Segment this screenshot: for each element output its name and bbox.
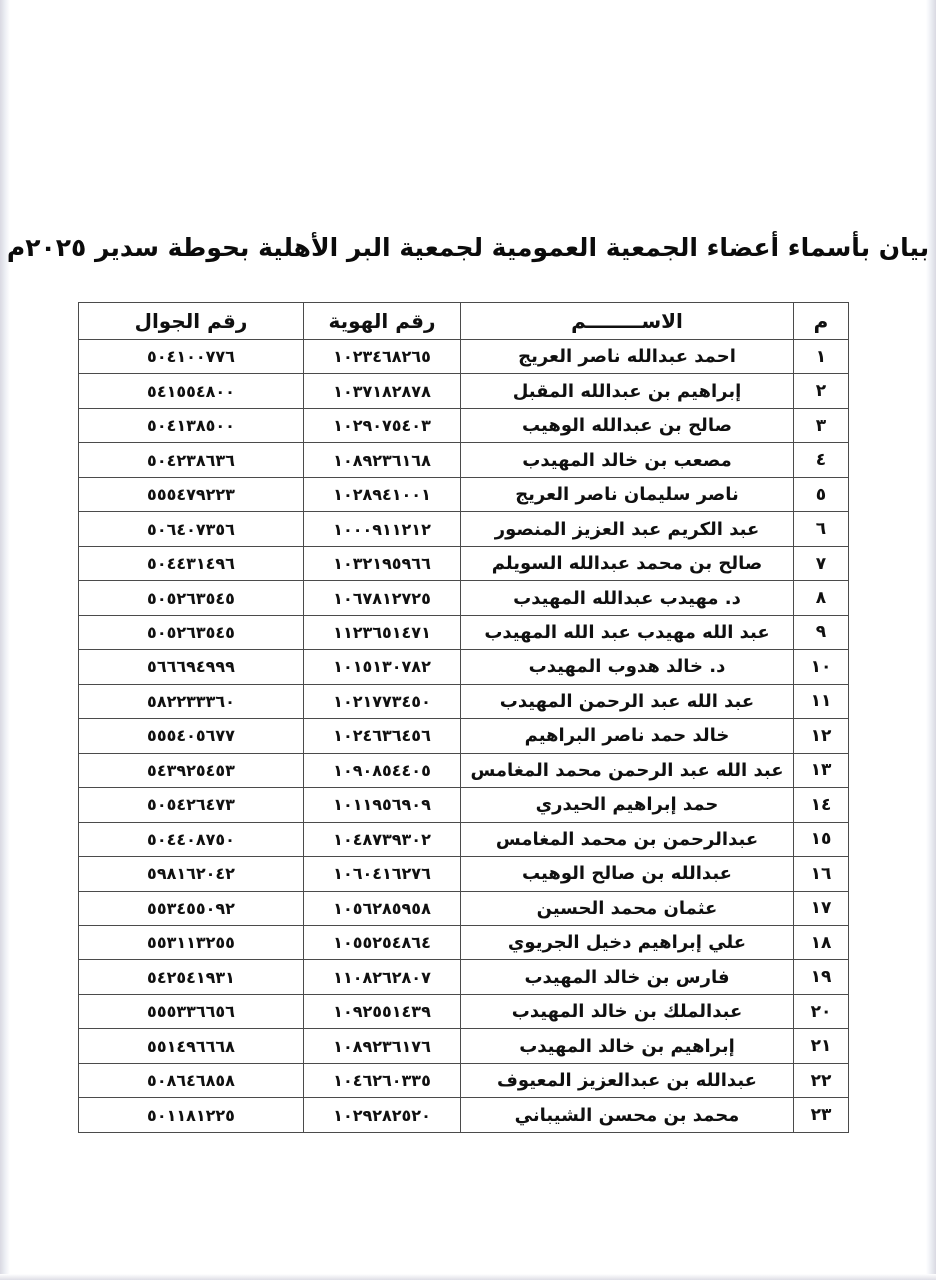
mobile-number-cell: ٥٥٥٤٧٩٢٢٣ xyxy=(79,477,304,511)
mobile-number-cell: ٥٠٤٤٣١٤٩٦ xyxy=(79,546,304,580)
table-row: ٤ مصعب بن خالد المهيدب ١٠٨٩٢٣٦١٦٨ ٥٠٤٢٣٨… xyxy=(79,443,849,477)
row-number-cell: ١٣ xyxy=(794,753,849,787)
mobile-number-cell: ٥٩٨١٦٢٠٤٢ xyxy=(79,857,304,891)
members-table: م الاســــــــم رقم الهوية رقم الجوال ١ … xyxy=(78,302,849,1133)
table-row: ١٢ خالد حمد ناصر البراهيم ١٠٢٤٦٣٦٤٥٦ ٥٥٥… xyxy=(79,719,849,753)
member-name-cell: إبراهيم بن عبدالله المقبل xyxy=(461,374,794,408)
id-number-cell: ١٠٢٨٩٤١٠٠١ xyxy=(304,477,461,511)
page-edge-left xyxy=(0,0,10,1280)
mobile-number-cell: ٥٠١١٨١٢٢٥ xyxy=(79,1098,304,1133)
id-number-cell: ١٠٩٠٨٥٤٤٠٥ xyxy=(304,753,461,787)
member-name-cell: حمد إبراهيم الحيدري xyxy=(461,788,794,822)
id-number-cell: ١٠٤٦٢٦٠٣٣٥ xyxy=(304,1063,461,1097)
page-edge-bottom xyxy=(0,1274,936,1280)
mobile-number-cell: ٥٨٢٢٣٣٣٦٠ xyxy=(79,684,304,718)
id-number-cell: ١٠٣٢١٩٥٩٦٦ xyxy=(304,546,461,580)
mobile-number-cell: ٥٠٤١٣٨٥٠٠ xyxy=(79,408,304,442)
mobile-number-cell: ٥٥٥٤٠٥٦٧٧ xyxy=(79,719,304,753)
id-number-cell: ١٠٢١٧٧٣٤٥٠ xyxy=(304,684,461,718)
table-row: ١٤ حمد إبراهيم الحيدري ١٠١١٩٥٦٩٠٩ ٥٠٥٤٢٦… xyxy=(79,788,849,822)
row-number-cell: ١٦ xyxy=(794,857,849,891)
member-name-cell: صالح بن محمد عبدالله السويلم xyxy=(461,546,794,580)
row-number-cell: ١٥ xyxy=(794,822,849,856)
member-name-cell: عبدالله بن صالح الوهيب xyxy=(461,857,794,891)
member-name-cell: عبد الله عبد الرحمن محمد المغامس xyxy=(461,753,794,787)
mobile-number-cell: ٥٠٥٢٦٣٥٤٥ xyxy=(79,615,304,649)
id-number-cell: ١٠٢٤٦٣٦٤٥٦ xyxy=(304,719,461,753)
id-number-cell: ١٠٦٠٤١٦٢٧٦ xyxy=(304,857,461,891)
mobile-number-cell: ٥٠٨٦٤٦٨٥٨ xyxy=(79,1063,304,1097)
member-name-cell: احمد عبدالله ناصر العريج xyxy=(461,340,794,374)
mobile-number-cell: ٥٠٦٤٠٧٣٥٦ xyxy=(79,512,304,546)
member-name-cell: د. مهيدب عبدالله المهيدب xyxy=(461,581,794,615)
table-row: ١١ عبد الله عبد الرحمن المهيدب ١٠٢١٧٧٣٤٥… xyxy=(79,684,849,718)
mobile-number-cell: ٥٠٥٤٢٦٤٧٣ xyxy=(79,788,304,822)
mobile-number-cell: ٥٠٤٤٠٨٧٥٠ xyxy=(79,822,304,856)
row-number-cell: ٣ xyxy=(794,408,849,442)
table-row: ٩ عبد الله مهيدب عبد الله المهيدب ١١٢٣٦٥… xyxy=(79,615,849,649)
mobile-number-cell: ٥٥٥٣٣٦٦٥٦ xyxy=(79,994,304,1028)
table-row: ٢١ إبراهيم بن خالد المهيدب ١٠٨٩٢٣٦١٧٦ ٥٥… xyxy=(79,1029,849,1063)
table-row: ٧ صالح بن محمد عبدالله السويلم ١٠٣٢١٩٥٩٦… xyxy=(79,546,849,580)
row-number-cell: ٢ xyxy=(794,374,849,408)
members-table-header: م الاســــــــم رقم الهوية رقم الجوال xyxy=(79,303,849,340)
members-table-body: ١ احمد عبدالله ناصر العريج ١٠٢٣٤٦٨٢٦٥ ٥٠… xyxy=(79,340,849,1133)
mobile-number-cell: ٥٤١٥٥٤٨٠٠ xyxy=(79,374,304,408)
row-number-cell: ١ xyxy=(794,340,849,374)
table-row: ٢٢ عبدالله بن عبدالعزيز المعيوف ١٠٤٦٢٦٠٣… xyxy=(79,1063,849,1097)
row-number-cell: ٥ xyxy=(794,477,849,511)
mobile-number-cell: ٥٠٥٢٦٣٥٤٥ xyxy=(79,581,304,615)
table-row: ١٦ عبدالله بن صالح الوهيب ١٠٦٠٤١٦٢٧٦ ٥٩٨… xyxy=(79,857,849,891)
id-number-cell: ١٠٢٣٤٦٨٢٦٥ xyxy=(304,340,461,374)
table-row: ١٧ عثمان محمد الحسين ١٠٥٦٢٨٥٩٥٨ ٥٥٣٤٥٥٠٩… xyxy=(79,891,849,925)
id-number-cell: ١١٢٣٦٥١٤٧١ xyxy=(304,615,461,649)
row-number-cell: ١٠ xyxy=(794,650,849,684)
header-cell-id-number: رقم الهوية xyxy=(304,303,461,340)
member-name-cell: صالح بن عبدالله الوهيب xyxy=(461,408,794,442)
member-name-cell: مصعب بن خالد المهيدب xyxy=(461,443,794,477)
table-row: ١ احمد عبدالله ناصر العريج ١٠٢٣٤٦٨٢٦٥ ٥٠… xyxy=(79,340,849,374)
member-name-cell: إبراهيم بن خالد المهيدب xyxy=(461,1029,794,1063)
member-name-cell: علي إبراهيم دخيل الجريوي xyxy=(461,925,794,959)
mobile-number-cell: ٥٠٤٢٣٨٦٣٦ xyxy=(79,443,304,477)
mobile-number-cell: ٥٥٣٤٥٥٠٩٢ xyxy=(79,891,304,925)
member-name-cell: عبد الله مهيدب عبد الله المهيدب xyxy=(461,615,794,649)
mobile-number-cell: ٥٥١٤٩٦٦٦٨ xyxy=(79,1029,304,1063)
member-name-cell: خالد حمد ناصر البراهيم xyxy=(461,719,794,753)
header-cell-name: الاســــــــم xyxy=(461,303,794,340)
id-number-cell: ١٠٦٧٨١٢٧٢٥ xyxy=(304,581,461,615)
row-number-cell: ١٢ xyxy=(794,719,849,753)
table-row: ٦ عبد الكريم عبد العزيز المنصور ١٠٠٠٩١١٢… xyxy=(79,512,849,546)
table-row: ١٩ فارس بن خالد المهيدب ١١٠٨٢٦٢٨٠٧ ٥٤٢٥٤… xyxy=(79,960,849,994)
table-row: ٢ إبراهيم بن عبدالله المقبل ١٠٣٧١٨٢٨٧٨ ٥… xyxy=(79,374,849,408)
row-number-cell: ٧ xyxy=(794,546,849,580)
member-name-cell: عبدالرحمن بن محمد المغامس xyxy=(461,822,794,856)
member-name-cell: عثمان محمد الحسين xyxy=(461,891,794,925)
page-edge-right xyxy=(926,0,936,1280)
mobile-number-cell: ٥٤٣٩٢٥٤٥٣ xyxy=(79,753,304,787)
row-number-cell: ٢٣ xyxy=(794,1098,849,1133)
id-number-cell: ١٠٩٢٥٥١٤٣٩ xyxy=(304,994,461,1028)
header-cell-mobile-number: رقم الجوال xyxy=(79,303,304,340)
member-name-cell: عبدالملك بن خالد المهيدب xyxy=(461,994,794,1028)
table-row: ٢٠ عبدالملك بن خالد المهيدب ١٠٩٢٥٥١٤٣٩ ٥… xyxy=(79,994,849,1028)
member-name-cell: فارس بن خالد المهيدب xyxy=(461,960,794,994)
id-number-cell: ١٠٣٧١٨٢٨٧٨ xyxy=(304,374,461,408)
row-number-cell: ٢٢ xyxy=(794,1063,849,1097)
id-number-cell: ١٠٠٠٩١١٢١٢ xyxy=(304,512,461,546)
id-number-cell: ١٠٢٩٠٧٥٤٠٣ xyxy=(304,408,461,442)
table-row: ٢٣ محمد بن محسن الشيباني ١٠٢٩٢٨٢٥٢٠ ٥٠١١… xyxy=(79,1098,849,1133)
id-number-cell: ١٠٤٨٧٣٩٣٠٢ xyxy=(304,822,461,856)
table-row: ١٣ عبد الله عبد الرحمن محمد المغامس ١٠٩٠… xyxy=(79,753,849,787)
row-number-cell: ١٨ xyxy=(794,925,849,959)
member-name-cell: ناصر سليمان ناصر العريج xyxy=(461,477,794,511)
row-number-cell: ١١ xyxy=(794,684,849,718)
id-number-cell: ١٠٨٩٢٣٦١٧٦ xyxy=(304,1029,461,1063)
table-row: ٨ د. مهيدب عبدالله المهيدب ١٠٦٧٨١٢٧٢٥ ٥٠… xyxy=(79,581,849,615)
table-row: ١٨ علي إبراهيم دخيل الجريوي ١٠٥٥٢٥٤٨٦٤ ٥… xyxy=(79,925,849,959)
table-row: ١٥ عبدالرحمن بن محمد المغامس ١٠٤٨٧٣٩٣٠٢ … xyxy=(79,822,849,856)
id-number-cell: ١٠٥٦٢٨٥٩٥٨ xyxy=(304,891,461,925)
id-number-cell: ١٠٢٩٢٨٢٥٢٠ xyxy=(304,1098,461,1133)
row-number-cell: ١٤ xyxy=(794,788,849,822)
row-number-cell: ٩ xyxy=(794,615,849,649)
row-number-cell: ٨ xyxy=(794,581,849,615)
document-title: بيان بأسماء أعضاء الجمعية العمومية لجمعي… xyxy=(0,233,936,262)
mobile-number-cell: ٥٤٢٥٤١٩٣١ xyxy=(79,960,304,994)
header-cell-number: م xyxy=(794,303,849,340)
header-row: م الاســــــــم رقم الهوية رقم الجوال xyxy=(79,303,849,340)
id-number-cell: ١٠١٥١٣٠٧٨٢ xyxy=(304,650,461,684)
mobile-number-cell: ٥٥٣١١٣٢٥٥ xyxy=(79,925,304,959)
member-name-cell: عبد الله عبد الرحمن المهيدب xyxy=(461,684,794,718)
id-number-cell: ١٠٥٥٢٥٤٨٦٤ xyxy=(304,925,461,959)
row-number-cell: ١٩ xyxy=(794,960,849,994)
mobile-number-cell: ٥٦٦٦٩٤٩٩٩ xyxy=(79,650,304,684)
table-row: ٣ صالح بن عبدالله الوهيب ١٠٢٩٠٧٥٤٠٣ ٥٠٤١… xyxy=(79,408,849,442)
id-number-cell: ١٠٨٩٢٣٦١٦٨ xyxy=(304,443,461,477)
member-name-cell: عبدالله بن عبدالعزيز المعيوف xyxy=(461,1063,794,1097)
member-name-cell: د. خالد هدوب المهيدب xyxy=(461,650,794,684)
row-number-cell: ١٧ xyxy=(794,891,849,925)
row-number-cell: ٢١ xyxy=(794,1029,849,1063)
member-name-cell: محمد بن محسن الشيباني xyxy=(461,1098,794,1133)
table-row: ١٠ د. خالد هدوب المهيدب ١٠١٥١٣٠٧٨٢ ٥٦٦٦٩… xyxy=(79,650,849,684)
id-number-cell: ١٠١١٩٥٦٩٠٩ xyxy=(304,788,461,822)
table-row: ٥ ناصر سليمان ناصر العريج ١٠٢٨٩٤١٠٠١ ٥٥٥… xyxy=(79,477,849,511)
member-name-cell: عبد الكريم عبد العزيز المنصور xyxy=(461,512,794,546)
mobile-number-cell: ٥٠٤١٠٠٧٧٦ xyxy=(79,340,304,374)
id-number-cell: ١١٠٨٢٦٢٨٠٧ xyxy=(304,960,461,994)
row-number-cell: ٤ xyxy=(794,443,849,477)
row-number-cell: ٦ xyxy=(794,512,849,546)
row-number-cell: ٢٠ xyxy=(794,994,849,1028)
